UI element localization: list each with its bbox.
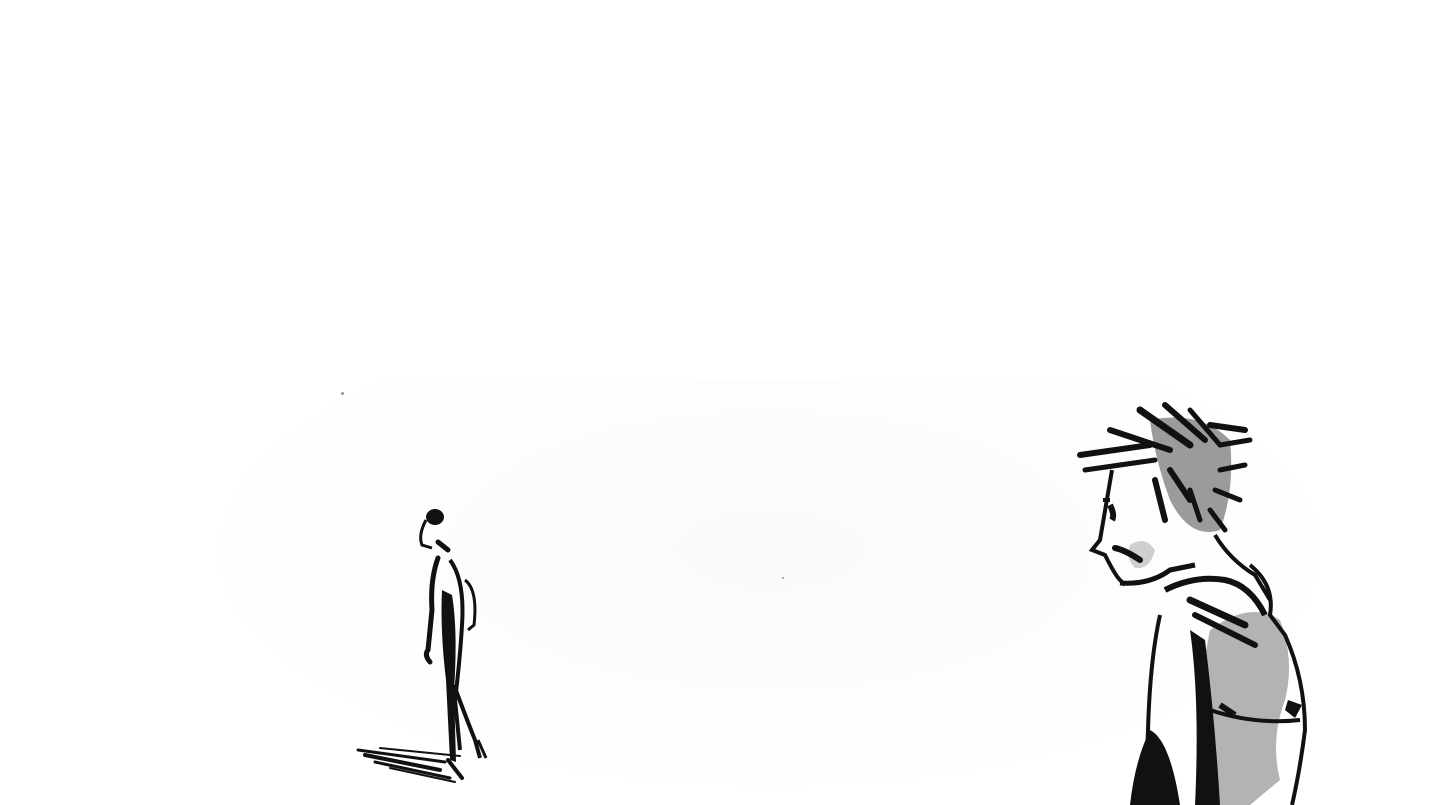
ink-speck bbox=[782, 577, 784, 579]
ink-speck bbox=[341, 392, 344, 395]
spiky-haired-figure bbox=[1070, 400, 1340, 805]
illustration-canvas bbox=[0, 0, 1440, 805]
distant-walking-figure bbox=[350, 500, 500, 790]
